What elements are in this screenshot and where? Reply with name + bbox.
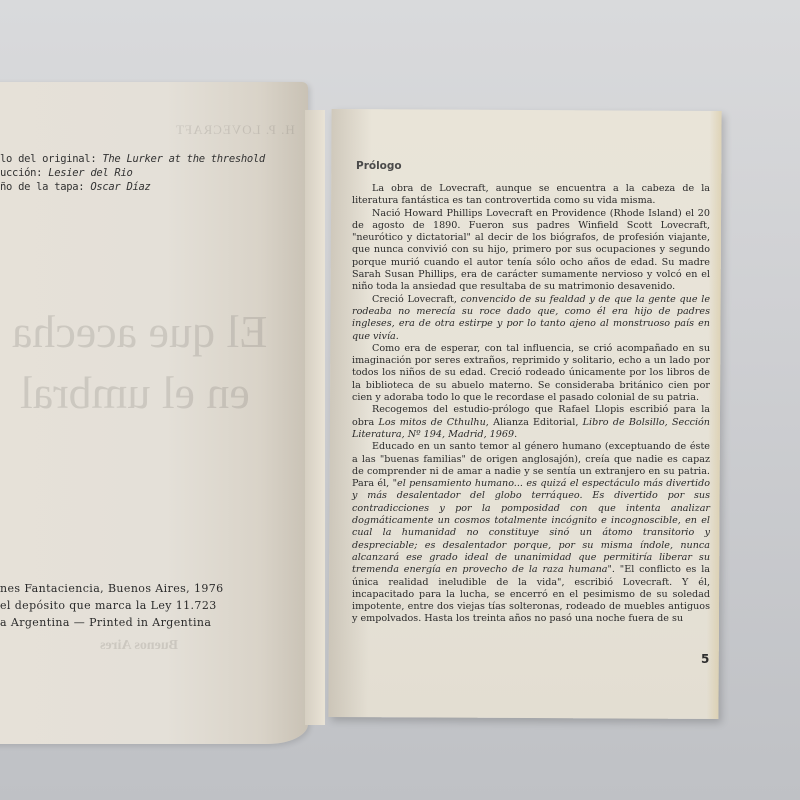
credits-block: lo del original: The Lurker at the thres… (0, 152, 265, 194)
colophon-line: el depósito que marca la Ley 11.723 (0, 597, 224, 614)
paragraph: Educado en un santo temor al género huma… (352, 441, 710, 625)
show-through-title-line1: El que acecha (12, 305, 267, 358)
section-heading: Prólogo (356, 160, 402, 172)
translator: Lesier del Rio (48, 167, 132, 179)
colophon-line: nes Fantaciencia, Buenos Aires, 1976 (0, 580, 224, 597)
show-through-title-line2: en el umbral (20, 366, 250, 419)
show-through-author: H. P. LOVECRAFT (175, 122, 295, 138)
paragraph: Nació Howard Phillips Lovecraft en Provi… (352, 208, 710, 294)
original-title: The Lurker at the threshold (102, 153, 265, 165)
credit-original-title: lo del original: The Lurker at the thres… (0, 152, 265, 166)
colophon: nes Fantaciencia, Buenos Aires, 1976 el … (0, 580, 224, 631)
book-spine-gutter (305, 110, 325, 725)
credit-translation: ucción: Lesier del Rio (0, 166, 265, 180)
prologue-body: La obra de Lovecraft, aunque se encuentr… (352, 183, 710, 626)
credit-cover: ño de la tapa: Oscar Díaz (0, 180, 265, 194)
paragraph: Recogemos del estudio-prólogo que Rafael… (352, 404, 710, 441)
paragraph: La obra de Lovecraft, aunque se encuentr… (352, 183, 710, 208)
page-number: 5 (701, 652, 709, 666)
colophon-line: a Argentina — Printed in Argentina (0, 614, 224, 631)
paragraph: Como era de esperar, con tal influencia,… (352, 343, 710, 404)
cover-artist: Oscar Díaz (90, 181, 150, 193)
show-through-city: Buenos Aires (100, 638, 178, 654)
paragraph: Creció Lovecraft, convencido de su feald… (352, 294, 710, 343)
